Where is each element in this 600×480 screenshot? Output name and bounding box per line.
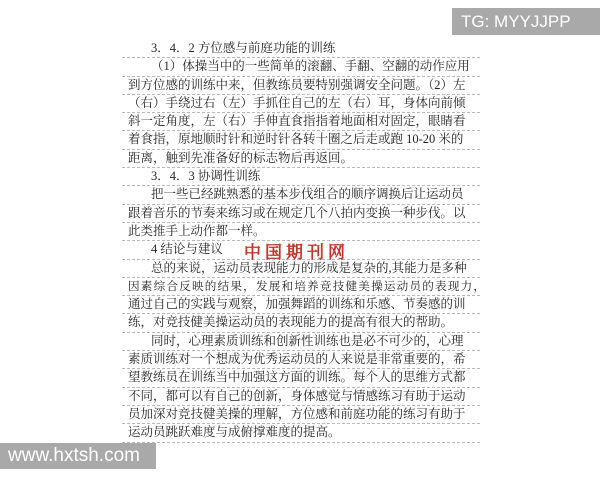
text-line: 距离，触到先准备好的标志物后再返回。: [122, 150, 480, 168]
text-line: 素质训练对一个想成为优秀运动员的人来说是非常重要的，希: [122, 351, 480, 369]
text-line: （右）手绕过右（左）手抓住自己的左（右）耳，身体向前倾: [122, 95, 480, 113]
text-line: 望教练员在训练当中加强这方面的训练。每个人的思维方式都: [122, 369, 480, 387]
text-line: 不同，都可以有自己的创新，身体感觉与情感练习有助于运动: [122, 388, 480, 406]
text-line: 着食指，原地顺时针和逆时针各转十圈之后走或跑 10-20 米的: [122, 131, 480, 149]
text-line: 把一些已经跳熟悉的基本步伐组合的顺序调换后让运动员: [122, 186, 480, 204]
text-line: 通过自己的实践与观察，加强舞蹈的训练和乐感、节奏感的训: [122, 296, 480, 314]
journal-watermark-text: 中国期刊网: [244, 243, 349, 262]
website-watermark-text: www.hxtsh.com: [8, 445, 140, 466]
heading-line: 3．4．3 协调性训练: [122, 168, 480, 186]
text-line: 跟着音乐的节奏来练习或在规定几个八拍内变换一种步伐。以: [122, 205, 480, 223]
tg-watermark-label: TG: MYYJJPP: [452, 8, 600, 35]
text-line: 到方位感的训练中来，但教练员要特别强调安全问题。（2）左: [122, 77, 480, 95]
text-line: 运动员跳跃难度与成俯撑难度的提高。: [122, 424, 480, 442]
text-line: 员加深对竞技健美操的理解，方位感和前庭功能的练习有助于: [122, 406, 480, 424]
website-watermark-label: www.hxtsh.com: [0, 443, 156, 469]
heading-line: 3．4．2 方位感与前庭功能的训练: [122, 40, 480, 58]
text-line: 同时，心理素质训练和创新性训练也是必不可少的，心理: [122, 333, 480, 351]
text-line: 练，对竞技健美操运动员的表现能力的提高有很大的帮助。: [122, 314, 480, 332]
scanned-document-page: TG: MYYJJPP 3．4．2 方位感与前庭功能的训练（1）体操当中的一些简…: [0, 0, 600, 480]
text-line: （1）体操当中的一些简单的滚翻、手翻、空翻的动作应用: [122, 58, 480, 76]
text-line: 因素综合反映的结果，发展和培养竞技健美操运动员的表现力，: [122, 278, 480, 296]
journal-watermark: 中国期刊网: [244, 238, 349, 263]
text-line: 斜一定角度，左（右）手伸直食指指着地面相对固定，眼睛看: [122, 113, 480, 131]
tg-watermark-text: TG: MYYJJPP: [461, 12, 571, 31]
